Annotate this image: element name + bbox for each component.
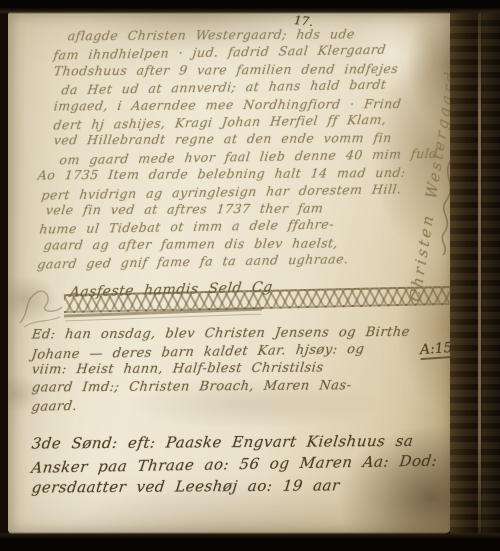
register-entry-3: 3de Sønd: eft: Paaske Engvart Kielshuus … [32, 431, 458, 497]
register-entry-2: Ed: han onsdag, blev Christen Jensens og… [32, 325, 458, 413]
page-sheet: aflagde Christen Westergaard; hds ude fa… [8, 11, 454, 535]
binding-highlight-line [478, 8, 481, 543]
flourish-icon [16, 283, 66, 329]
photo-top-edge [0, 0, 500, 14]
manuscript-line: gersdaatter ved Leeshøj ao: 19 aar [31, 474, 460, 499]
book-binding [450, 0, 500, 551]
page-number: 17. [293, 13, 313, 29]
photo-bottom-edge [0, 532, 500, 551]
register-entry-1: aflagde Christen Westergaard; hds ude fa… [54, 26, 450, 270]
manuscript-photo: aflagde Christen Westergaard; hds ude fa… [0, 0, 500, 551]
amount-annotation: A:15 [419, 340, 453, 360]
